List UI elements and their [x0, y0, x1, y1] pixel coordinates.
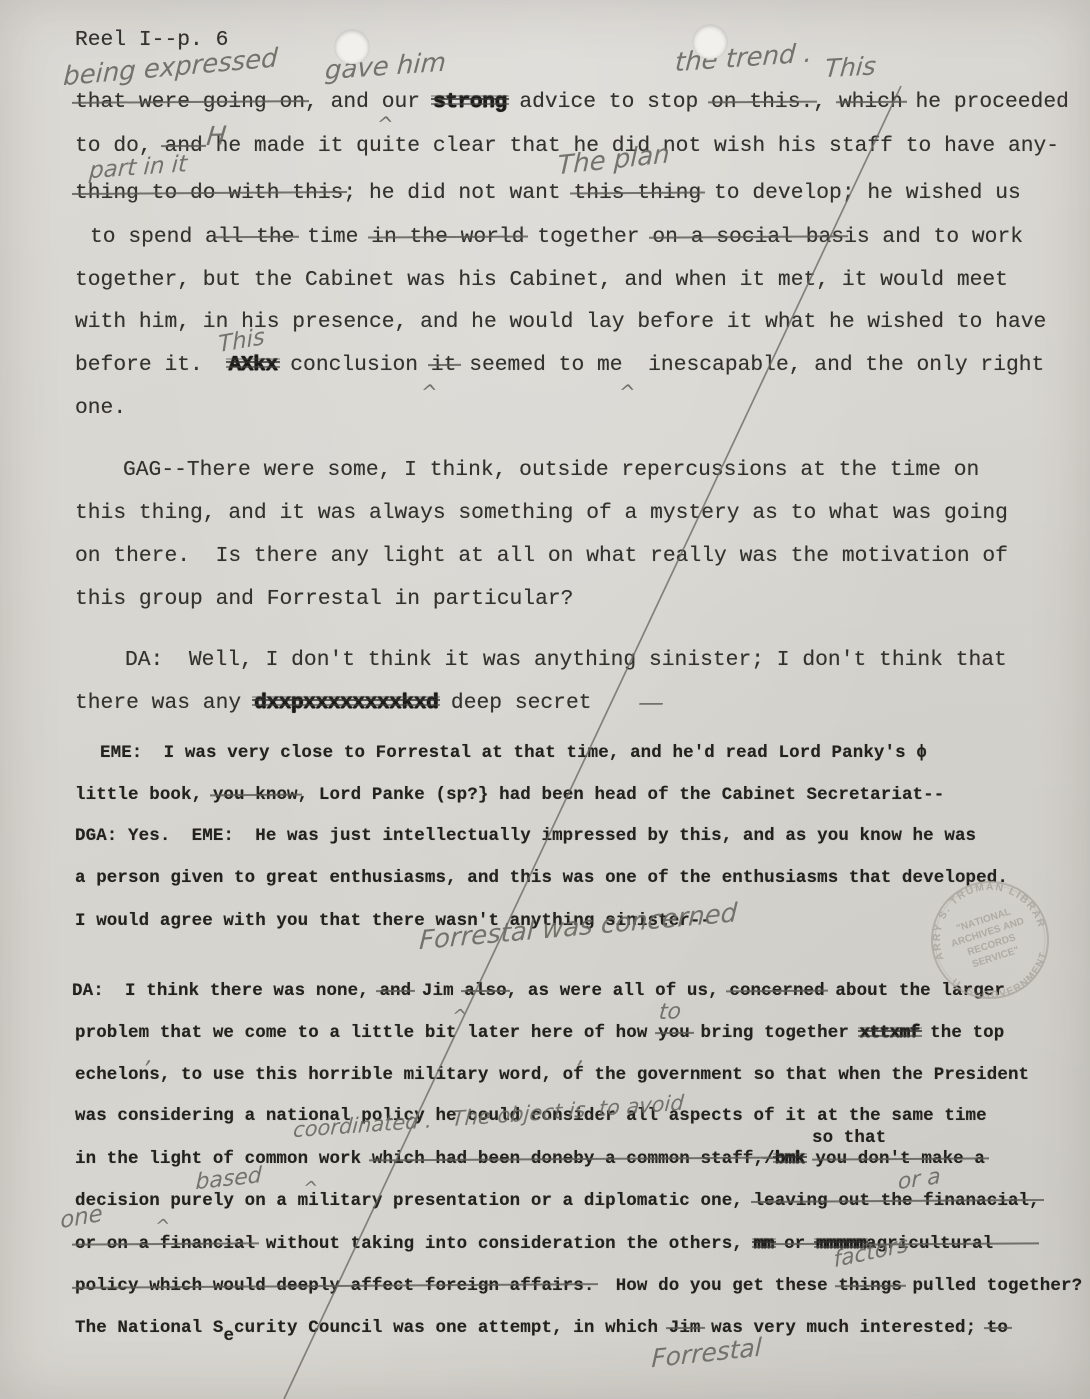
- struck-text: which: [839, 90, 903, 114]
- struck-text: on a social bas: [652, 225, 844, 249]
- typed-text: about the larger: [825, 981, 1005, 1001]
- punch-hole: [693, 25, 727, 59]
- typed-text: the top: [920, 1023, 1005, 1043]
- typed-text: together, but the Cabinet was his Cabine…: [75, 268, 1008, 292]
- handwritten-note: This: [824, 53, 877, 81]
- typed-line: problem that we come to a little bit lat…: [75, 1023, 1004, 1044]
- typed-line: this thing, and it was always something …: [75, 501, 1008, 527]
- typed-text: a person given to great enthusiasms, and…: [75, 868, 1008, 888]
- typed-text: , as were all of us,: [507, 981, 730, 1001]
- typed-line: this group and Forrestal in particular?: [75, 587, 573, 613]
- overtyped-text: bmk: [775, 1149, 805, 1169]
- typed-line: on there. Is there any light at all on w…: [75, 544, 1008, 570]
- typed-text: , and our: [305, 90, 433, 114]
- typed-text: curity Council was one attempt, in which: [234, 1318, 669, 1338]
- struck-text: or on a financial: [75, 1234, 255, 1254]
- typed-text: How do you get these: [594, 1276, 838, 1296]
- struck-text: things: [838, 1276, 902, 1296]
- handwritten-note: —: [636, 690, 666, 716]
- typed-line: in the light of common work which had be…: [75, 1149, 985, 1170]
- typed-line: DGA: Yes. EME: He was just intellectuall…: [75, 826, 976, 847]
- struck-text: this thing: [573, 181, 701, 205]
- typed-line: GAG--There were some, I think, outside r…: [123, 458, 979, 484]
- typed-text: before it.: [75, 353, 228, 377]
- struck-text: thing to do with this: [75, 181, 343, 205]
- typed-line: EME: I was very close to Forrestal at th…: [100, 743, 927, 764]
- typed-line: a person given to great enthusiasms, and…: [75, 868, 1008, 889]
- typed-line: decision purely on a military presentati…: [75, 1191, 1040, 1212]
- overtyped-text: AXkx: [228, 353, 277, 377]
- typed-text: without taking into consideration the ot…: [255, 1234, 753, 1254]
- typed-text: little book,: [75, 785, 213, 805]
- overtyped-text: dxxpxxxxxxxxkxd: [254, 691, 438, 715]
- handwritten-note: part in it: [88, 153, 188, 183]
- caret-mark: ^: [617, 382, 637, 402]
- typed-text: advice to stop: [507, 90, 711, 114]
- handwritten-note: based: [195, 1165, 262, 1194]
- typed-line: little book, you know, Lord Panke (sp?} …: [75, 785, 944, 806]
- typed-text: this group and Forrestal in particular?: [75, 587, 573, 611]
- typed-text: , Lord Panke (sp?} had been head of the …: [298, 785, 945, 805]
- typed-line: to spend all the time in the world toget…: [90, 225, 1023, 251]
- typed-line: together, but the Cabinet was his Cabine…: [75, 268, 1008, 294]
- typed-text: echelons, to use this horrible military …: [75, 1065, 1029, 1085]
- struck-text: in the world: [371, 225, 524, 249]
- stamp-center-text: ARCHIVES AND: [950, 916, 1026, 950]
- struck-text: you: [658, 1023, 690, 1043]
- handwritten-note: one: [60, 1203, 103, 1234]
- typed-line: thing to do with this; he did not want t…: [75, 181, 1021, 207]
- typed-text: there was any: [75, 691, 254, 715]
- typed-text: Jim: [411, 981, 464, 1001]
- typed-line: DA: Well, I don't think it was anything …: [125, 648, 1007, 674]
- punch-hole: [335, 30, 369, 64]
- struck-text: Jim: [669, 1318, 701, 1338]
- caret-mark: ^: [375, 114, 395, 134]
- struck-text: also: [464, 981, 506, 1001]
- typed-text: time: [295, 225, 372, 249]
- typed-text: in the light of common work: [75, 1149, 372, 1169]
- struck-text: concerned: [729, 981, 824, 1001]
- stamp-arc-text: HARRY S. TRUMAN LIBRARY: [890, 843, 1048, 969]
- typed-text: one.: [75, 396, 126, 420]
- typed-text: so that: [812, 1128, 886, 1148]
- overtyped-text: xttxmf: [860, 1023, 920, 1043]
- typed-line: there was any dxxpxxxxxxxxkxd deep secre…: [75, 691, 592, 717]
- struck-text: which had been doneby a common staff,/: [372, 1149, 775, 1169]
- typed-line: DA: I think there was none, and Jim also…: [72, 981, 1005, 1002]
- typed-text: DA: Well, I don't think it was anything …: [125, 648, 1007, 672]
- struck-text: or: [774, 1234, 816, 1254]
- struck-text: policy which would deeply affect foreign…: [75, 1276, 594, 1296]
- handwritten-note: to: [658, 1001, 682, 1024]
- typed-line: that were going on, and our strong advic…: [75, 90, 1069, 116]
- document-page: Reel I--p. 6 that were going on, and our…: [0, 0, 1090, 1399]
- overtyped-text: strong: [433, 90, 507, 114]
- handwritten-note: Forrestal was concerned: [419, 900, 738, 954]
- typed-text: DA: I think there was none,: [72, 981, 379, 1001]
- struck-text: on this.: [711, 90, 813, 114]
- typed-text: is and to work: [844, 225, 1023, 249]
- typed-text: to develop; he wished us: [701, 181, 1021, 205]
- handwritten-note: H: [205, 123, 227, 150]
- struck-text: to: [987, 1318, 1008, 1338]
- typed-text: DGA: Yes. EME: He was just intellectuall…: [75, 826, 976, 846]
- handwritten-note: or a: [898, 1166, 941, 1194]
- typed-text: The National S: [75, 1318, 223, 1338]
- caret-mark: ^: [301, 1180, 319, 1198]
- struck-text: you know: [213, 785, 298, 805]
- typed-line: The National Security Council was one at…: [75, 1318, 1008, 1339]
- typed-line: so that: [812, 1128, 886, 1149]
- typed-text: EME: I was very close to Forrestal at th…: [100, 743, 927, 763]
- struck-text: that were going on: [75, 90, 305, 114]
- typed-text: GAG--There were some, I think, outside r…: [123, 458, 979, 482]
- typed-text: problem that we come to a little bit lat…: [75, 1023, 658, 1043]
- stamp-center-text: RECORDS: [966, 932, 1017, 958]
- typed-line: one.: [75, 396, 126, 422]
- struck-text: ll the: [218, 225, 295, 249]
- typed-text: bring together: [690, 1023, 860, 1043]
- typed-text: together: [525, 225, 653, 249]
- handwritten-note: Forrestal: [651, 1334, 762, 1371]
- caret-mark: ^: [153, 1218, 171, 1236]
- struck-text: you don't make a: [815, 1149, 985, 1169]
- typed-text: decision purely on a military presentati…: [75, 1191, 754, 1211]
- struck-text: and: [379, 981, 411, 1001]
- typed-text: this thing, and it was always something …: [75, 501, 1008, 525]
- typed-text: ; he did not want: [343, 181, 573, 205]
- typed-text: he proceeded: [903, 90, 1069, 114]
- subscript-letter: e: [223, 1326, 234, 1347]
- caret-mark: ^: [419, 382, 439, 402]
- handwritten-note: coordinated . The object is to avoid: [293, 1093, 685, 1141]
- typed-text: pulled together?: [902, 1276, 1082, 1296]
- caret-mark: ^: [450, 1008, 468, 1026]
- struck-text: it: [431, 353, 457, 377]
- typed-line: policy which would deeply affect foreign…: [75, 1276, 1082, 1297]
- struck-text: leaving out the finanacial,: [754, 1191, 1040, 1211]
- typed-text: on there. Is there any light at all on w…: [75, 544, 1008, 568]
- stamp-center-text: "NATIONAL: [955, 907, 1012, 935]
- typed-line: echelons, to use this horrible military …: [75, 1065, 1029, 1086]
- typed-text: to spend a: [90, 225, 218, 249]
- typed-text: seemed to me inescapable, and the only r…: [456, 353, 1044, 377]
- typed-text: deep secret: [438, 691, 591, 715]
- typed-text: conclusion: [278, 353, 431, 377]
- stamp-center-text: SERVICE": [971, 945, 1021, 971]
